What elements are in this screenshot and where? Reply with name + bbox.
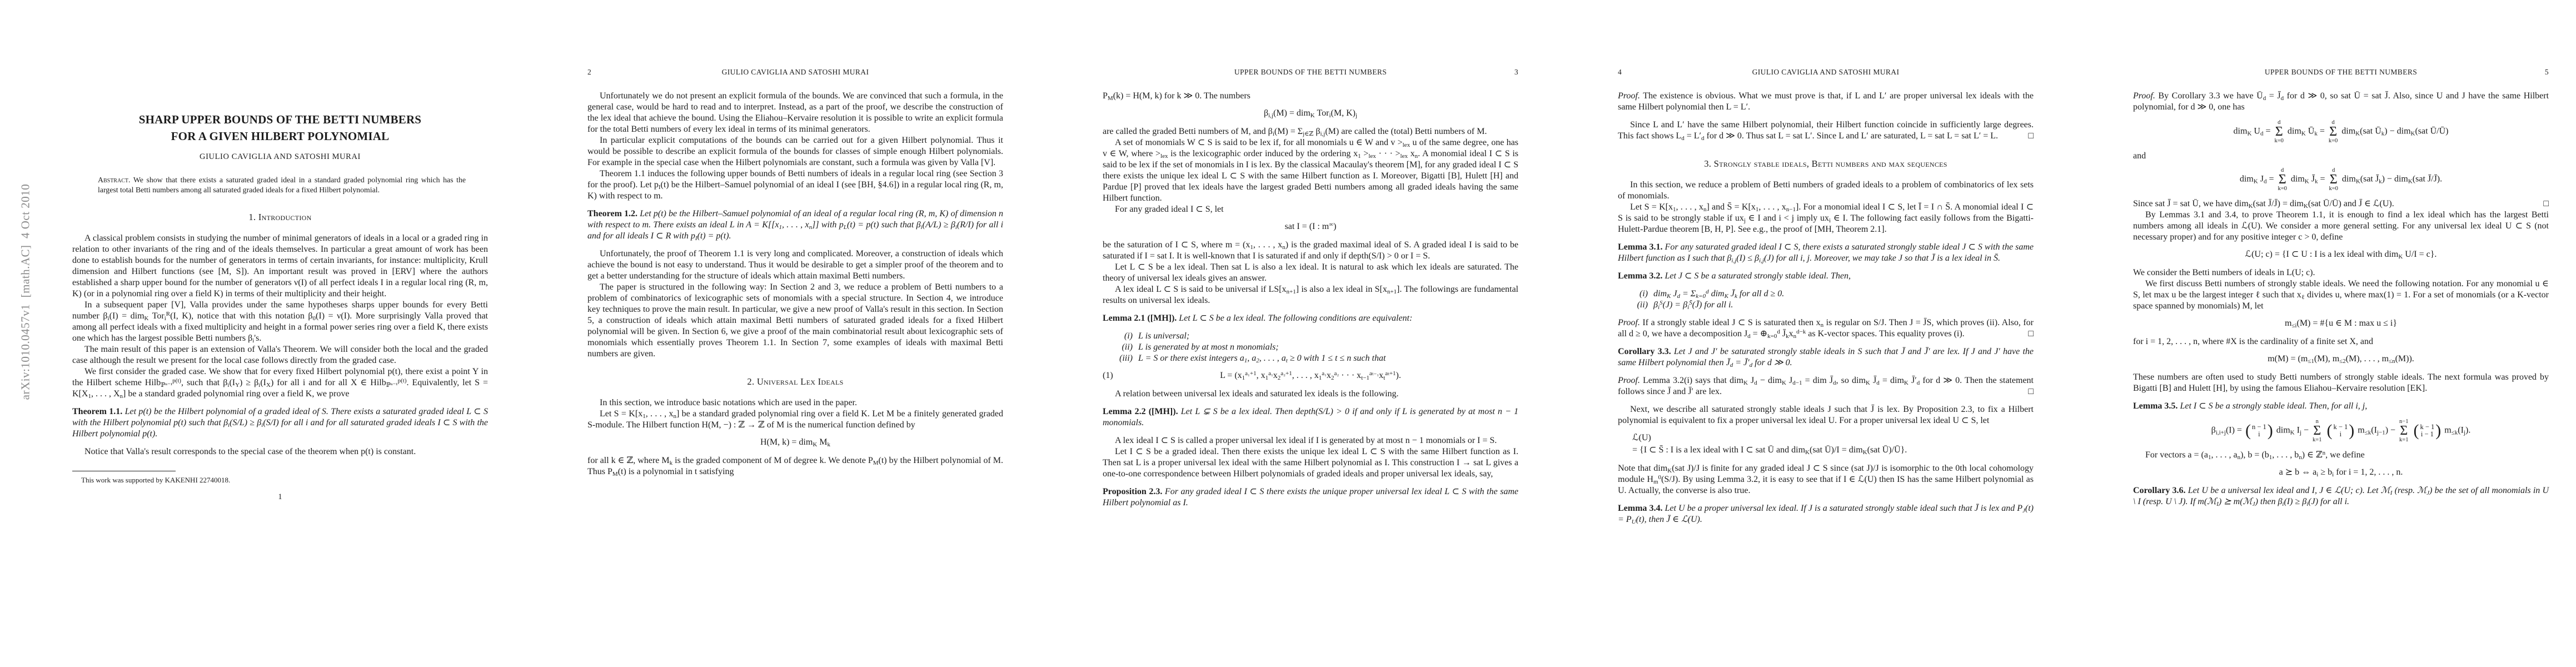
corollary-label: Corollary 3.6.	[2133, 486, 2186, 495]
lemma-block: Lemma 3.5. Let I ⊂ S be a strongly stabl…	[2133, 401, 2549, 412]
title-line: SHARP UPPER BOUNDS OF THE BETTI NUMBERS	[72, 111, 488, 128]
proposition-block: Proposition 2.3. For any graded ideal I …	[1103, 486, 1518, 509]
running-header: GIULIO CAVIGLIA AND SATOSHI MURAI4	[1618, 68, 2034, 77]
display-equation: sat I = (I : m∞)	[1103, 221, 1518, 233]
display-equation: ℒ(U; c) = {I ⊂ U : I is a lex ideal with…	[2133, 248, 2549, 261]
equation-line: βi,i+j(I) = (n − 1i) dimK Ij − nΣk=1 (k …	[2133, 419, 2549, 443]
lemma-text: Let J ⊂ S be a saturated strongly stable…	[1665, 271, 1851, 281]
paragraph: be the saturation of I ⊂ S, where m = (x…	[1103, 240, 1518, 262]
theorem-block: Theorem 1.1. Let p(t) be the Hilbert pol…	[72, 406, 488, 440]
display-equation: m(M) = (m≤1(M), m≤2(M), . . . , m≤n(M)).	[2133, 353, 2549, 365]
lemma-text: Let L ⊂ S be a lex ideal. The following …	[1179, 313, 1412, 323]
footer-page-number: 1	[72, 492, 488, 502]
paragraph: The main result of this paper is an exte…	[72, 344, 488, 366]
authors-line: GIULIO CAVIGLIA AND SATOSHI MURAI	[72, 152, 488, 162]
sum-operator: dΣk=0	[2329, 120, 2338, 144]
paragraph: In particular explicit computations of t…	[587, 135, 1003, 168]
binomial-coefficient: (n − 1i)	[2245, 423, 2273, 439]
lemma-block: Lemma 2.2 ([MH]). Let L ⊊ S be a lex ide…	[1103, 406, 1518, 429]
paragraph: are called the graded Betti numbers of M…	[1103, 126, 1518, 137]
footnote-rule	[72, 471, 176, 471]
sum-operator: dΣk=0	[2274, 120, 2283, 144]
running-header: UPPER BOUNDS OF THE BETTI NUMBERS5	[2133, 68, 2549, 77]
paragraph: We first consider the graded case. We sh…	[72, 366, 488, 400]
lemma-text: Let U be a proper universal lex ideal. I…	[1618, 504, 2034, 524]
paragraph: for all k ∈ ℤ, where Mk is the graded co…	[587, 455, 1003, 477]
paragraph: For any graded ideal I ⊂ S, let	[1103, 204, 1518, 215]
paragraph: Let L ⊂ S be a lex ideal. Then sat L is …	[1103, 262, 1518, 284]
display-equation: dimK Jd = dΣk=0 dimK J̄k = dΣk=0 dimK(sa…	[2133, 167, 2549, 192]
corollary-block: Corollary 3.6. Let U be a universal lex …	[2133, 485, 2549, 507]
list-item: (i)L is universal;	[1103, 331, 1518, 342]
paragraph: Next, we describe all saturated strongly…	[1618, 404, 2034, 426]
paragraph: Let S = K[x1, . . . , xn] and S̄ = K[x1,…	[1618, 202, 2034, 235]
list-item: (iii)L = S or there exist integers a1, a…	[1103, 353, 1518, 364]
page-1: SHARP UPPER BOUNDS OF THE BETTI NUMBERSF…	[0, 0, 515, 667]
paragraph: A set of monomials W ⊂ S is said to be l…	[1103, 137, 1518, 204]
display-equation: βi,i+j(I) = (n − 1i) dimK Ij − nΣk=1 (k …	[2133, 419, 2549, 443]
equation-line: βi,j(M) = dimK Tori(M, K)j	[1103, 107, 1518, 120]
paragraph: The paper is structured in the following…	[587, 282, 1003, 360]
equation-line: dimK Jd = dΣk=0 dimK J̄k = dΣk=0 dimK(sa…	[2133, 167, 2549, 192]
paragraph: A relation between universal lex ideals …	[1103, 389, 1518, 400]
qed-symbol: □	[2016, 131, 2034, 142]
lemma-block: Lemma 3.1. For any saturated graded idea…	[1618, 242, 2034, 264]
paragraph: PM(k) = H(M, k) for k ≫ 0. The numbers	[1103, 91, 1518, 102]
qed-symbol: □	[2543, 198, 2549, 210]
footnote: This work was supported by KAKENHI 22740…	[72, 471, 488, 485]
item-text: L = S or there exist integers a1, a2, . …	[1138, 353, 1386, 364]
item-text: L is generated by at most n monomials;	[1138, 342, 1279, 353]
proof-label: Proof.	[1618, 318, 1640, 327]
display-equation: H(M, k) = dimK Mk	[587, 436, 1003, 449]
item-marker: (iii)	[1103, 353, 1138, 364]
display-equation: dimK Ud = dΣk=0 dimK Ūk = dΣk=0 dimK(sat…	[2133, 120, 2549, 144]
display-equation: βi,j(M) = dimK Tori(M, K)j	[1103, 107, 1518, 120]
item-text: dimK Jd = Σk=0d dimK J̄k for all d ≥ 0.	[1653, 288, 1784, 300]
equation-line: L = (x1a₁+1, x1a₁x2a₂+1, . . . , x1a₁x2a…	[1103, 370, 1518, 382]
lemma-label: Lemma 3.4.	[1618, 504, 1662, 513]
section-heading: 2. Universal Lex Ideals	[587, 376, 1003, 387]
title-line: FOR A GIVEN HILBERT POLYNOMIAL	[72, 128, 488, 145]
binomial-coefficient: (k − 1i)	[2326, 423, 2354, 439]
paragraph: Since sat J̄ = sat Ū, we have dimK(sat J…	[2133, 198, 2549, 210]
list-item: (i)dimK Jd = Σk=0d dimK J̄k for all d ≥ …	[1618, 288, 2034, 300]
display-equation: ℒ(U)= {I ⊂ S̄ : I is a lex ideal with I …	[1618, 432, 2034, 456]
header-page-number: 5	[2545, 68, 2549, 77]
page-3: UPPER BOUNDS OF THE BETTI NUMBERS3PM(k) …	[1030, 0, 1546, 667]
lemma-label: Lemma 2.1 ([MH]).	[1103, 313, 1177, 323]
sum-operator: n−1Σk=1	[2399, 419, 2408, 443]
paragraph: Notice that Valla's result corresponds t…	[72, 446, 488, 457]
paragraph: A lex ideal L ⊂ S is said to be universa…	[1103, 284, 1518, 306]
proof-label: Proof.	[2133, 91, 2155, 101]
lemma-label: Lemma 3.1.	[1618, 242, 1662, 252]
running-header: GIULIO CAVIGLIA AND SATOSHI MURAI2	[587, 68, 1003, 77]
equation-line: dimK Ud = dΣk=0 dimK Ūk = dΣk=0 dimK(sat…	[2133, 120, 2549, 144]
proof-block: Proof. By Corollary 3.3 we have Ūd = J̄d…	[2133, 91, 2549, 113]
running-title: UPPER BOUNDS OF THE BETTI NUMBERS	[2133, 68, 2549, 77]
header-page-number: 4	[1618, 68, 1622, 77]
equation-line: a ⪰ b ⇔ ai ≥ bi for i = 1, 2, . . . , n.	[2133, 466, 2549, 479]
lemma-block: Lemma 3.4. Let U be a proper universal l…	[1618, 503, 2034, 525]
paragraph: By Lemmas 3.1 and 3.4, to prove Theorem …	[2133, 210, 2549, 243]
paragraph: A lex ideal I ⊂ S is called a proper uni…	[1103, 435, 1518, 446]
paragraph: for i = 1, 2, . . . , n, where #X is the…	[2133, 336, 2549, 347]
proof-block: Proof. If a strongly stable ideal J ⊂ S …	[1618, 317, 2034, 340]
binomial-coefficient: (k − 1i − 1)	[2413, 423, 2441, 439]
lemma-block: Lemma 2.1 ([MH]). Let L ⊂ S be a lex ide…	[1103, 313, 1518, 324]
sum-operator: dΣk=0	[2278, 167, 2286, 192]
lemma-label: Lemma 2.2 ([MH]).	[1103, 407, 1178, 416]
section-heading: 3. Strongly stable ideals, Betti numbers…	[1618, 158, 2034, 170]
abstract-label: Abstract.	[98, 176, 130, 184]
paragraph: Let I ⊂ S be a graded ideal. Then there …	[1103, 446, 1518, 480]
running-header: UPPER BOUNDS OF THE BETTI NUMBERS3	[1103, 68, 1518, 77]
lemma-text: For any saturated graded ideal I ⊂ S, th…	[1618, 242, 2034, 263]
corollary-text: Let U be a universal lex ideal and I, J …	[2133, 486, 2549, 506]
running-title: GIULIO CAVIGLIA AND SATOSHI MURAI	[587, 68, 1003, 77]
equation-line: ℒ(U; c) = {I ⊂ U : I is a lex ideal with…	[2133, 248, 2549, 261]
sum-operator: nΣk=1	[2313, 419, 2321, 443]
footnote-text: This work was supported by KAKENHI 22740…	[72, 475, 488, 485]
theorem-label: Theorem 1.2.	[587, 209, 637, 218]
paragraph: Theorem 1.1 induces the following upper …	[587, 168, 1003, 202]
paragraph: In this section, we introduce basic nota…	[587, 397, 1003, 409]
paragraph: Let S = K[x1, . . . , xn] be a standard …	[587, 409, 1003, 431]
qed-symbol: □	[2028, 386, 2034, 397]
running-title: GIULIO CAVIGLIA AND SATOSHI MURAI	[1618, 68, 2034, 77]
theorem-label: Theorem 1.1.	[72, 407, 122, 416]
header-page-number: 3	[1514, 68, 1518, 77]
corollary-block: Corollary 3.3. Let J and J′ be saturated…	[1618, 346, 2034, 369]
proposition-label: Proposition 2.3.	[1103, 487, 1162, 496]
item-marker: (i)	[1618, 288, 1653, 300]
proof-block: Proof. Lemma 3.2(i) says that dimK Jd − …	[1618, 375, 2034, 397]
display-equation: (1)L = (x1a₁+1, x1a₁x2a₂+1, . . . , x1a₁…	[1103, 370, 1518, 382]
equation-line: H(M, k) = dimK Mk	[587, 436, 1003, 449]
proof-label: Proof.	[1618, 91, 1640, 101]
paragraph: Unfortunately we do not present an expli…	[587, 91, 1003, 135]
equation-tag: (1)	[1103, 370, 1113, 382]
paragraph: For vectors a = (a1, . . . , an), b = (b…	[2133, 450, 2549, 461]
paragraph: Since L and L′ have the same Hilbert pol…	[1618, 120, 2034, 142]
page-5: UPPER BOUNDS OF THE BETTI NUMBERS5Proof.…	[2061, 0, 2576, 667]
paragraph: In this section, we reduce a problem of …	[1618, 180, 2034, 202]
running-title: UPPER BOUNDS OF THE BETTI NUMBERS	[1103, 68, 1518, 77]
lemma-text: Let I ⊂ S be a strongly stable ideal. Th…	[2180, 401, 2367, 411]
paragraph: We first discuss Betti numbers of strong…	[2133, 278, 2549, 312]
item-text: L is universal;	[1138, 331, 1189, 342]
equation-line: m(M) = (m≤1(M), m≤2(M), . . . , m≤n(M)).	[2133, 353, 2549, 365]
corollary-label: Corollary 3.3.	[1618, 347, 1671, 356]
section-heading: 1. Introduction	[72, 212, 488, 223]
paragraph: We consider the Betti numbers of ideals …	[2133, 267, 2549, 278]
paragraph: A classical problem consists in studying…	[72, 233, 488, 300]
sum-operator: dΣk=0	[2329, 167, 2338, 192]
list-item: (ii)βiS(J) = βiS̄(J̄) for all i.	[1618, 300, 2034, 311]
corollary-text: Let J and J′ be saturated strongly stabl…	[1618, 347, 2034, 367]
paragraph: Note that dimK(sat J)/J is finite for an…	[1618, 463, 2034, 496]
qed-symbol: □	[2028, 328, 2034, 340]
item-marker: (ii)	[1618, 300, 1653, 311]
lemma-label: Lemma 3.2.	[1618, 271, 1662, 281]
equation-line: m≤i(M) = #{u ∈ M : max u ≤ i}	[2133, 317, 2549, 330]
paragraph: These numbers are often used to study Be…	[2133, 372, 2549, 394]
abstract: Abstract. We show that there exists a sa…	[98, 175, 466, 195]
display-equation: a ⪰ b ⇔ ai ≥ bi for i = 1, 2, . . . , n.	[2133, 466, 2549, 479]
display-equation: m≤i(M) = #{u ∈ M : max u ≤ i}	[2133, 317, 2549, 330]
equation-line: sat I = (I : m∞)	[1103, 221, 1518, 233]
equation-line: = {I ⊂ S̄ : I is a lex ideal with I ⊂ sa…	[1632, 444, 2034, 456]
item-text: βiS(J) = βiS̄(J̄) for all i.	[1653, 300, 1733, 311]
theorem-text: Let p(t) be the Hilbert–Samuel polynomia…	[587, 209, 1003, 241]
page-2: GIULIO CAVIGLIA AND SATOSHI MURAI2Unfort…	[515, 0, 1030, 667]
lemma-block: Lemma 3.2. Let J ⊂ S be a saturated stro…	[1618, 271, 2034, 282]
paragraph: and	[2133, 151, 2549, 162]
paper-title: SHARP UPPER BOUNDS OF THE BETTI NUMBERSF…	[72, 111, 488, 145]
proof-block: Proof. The existence is obvious. What we…	[1618, 91, 2034, 113]
proof-label: Proof.	[1618, 376, 1640, 385]
header-page-number: 2	[587, 68, 591, 77]
paragraph: In a subsequent paper [V], Valla provide…	[72, 300, 488, 344]
lemma-label: Lemma 3.5.	[2133, 401, 2178, 411]
equation-line: ℒ(U)	[1632, 432, 2034, 444]
proposition-text: For any graded ideal I ⊂ S there exists …	[1103, 487, 1518, 507]
item-marker: (ii)	[1103, 342, 1138, 353]
theorem-block: Theorem 1.2. Let p(t) be the Hilbert–Sam…	[587, 208, 1003, 242]
document-canvas: arXiv:1010.0457v1 [math.AC] 4 Oct 2010 S…	[0, 0, 2576, 667]
item-marker: (i)	[1103, 331, 1138, 342]
page-4: GIULIO CAVIGLIA AND SATOSHI MURAI4Proof.…	[1546, 0, 2061, 667]
paragraph: Unfortunately, the proof of Theorem 1.1 …	[587, 248, 1003, 282]
theorem-text: Let p(t) be the Hilbert polynomial of a …	[72, 407, 488, 439]
list-item: (ii)L is generated by at most n monomial…	[1103, 342, 1518, 353]
